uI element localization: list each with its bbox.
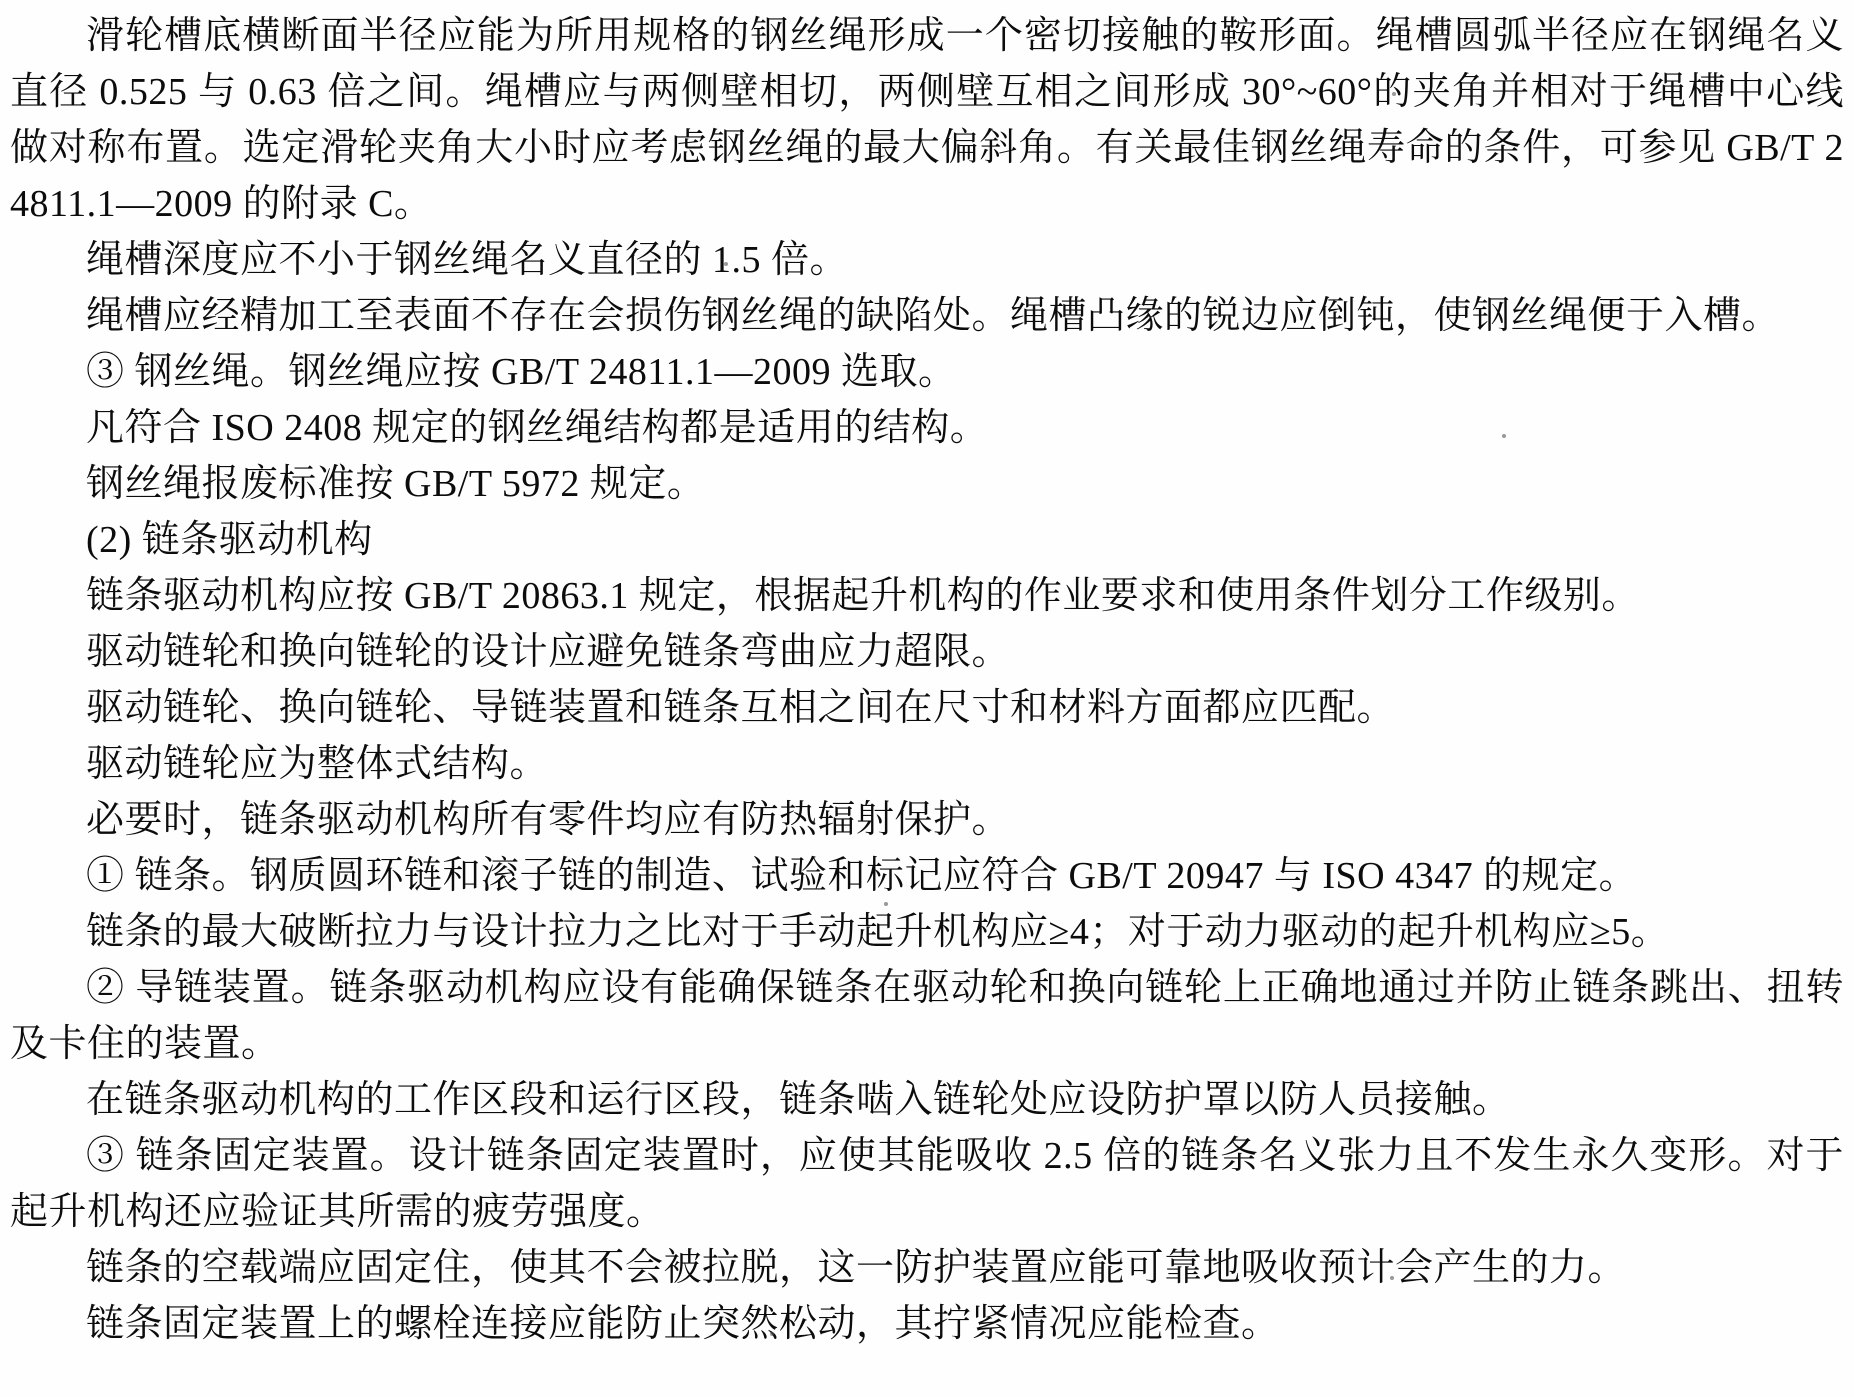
paragraph: 必要时，链条驱动机构所有零件均应有防热辐射保护。 xyxy=(10,792,1844,848)
paragraph: ③ 钢丝绳。钢丝绳应按 GB/T 24811.1—2009 选取。 xyxy=(10,344,1844,400)
paragraph: 链条驱动机构应按 GB/T 20863.1 规定，根据起升机构的作业要求和使用条… xyxy=(10,568,1844,624)
paragraph: 链条固定装置上的螺栓连接应能防止突然松动，其拧紧情况应能检查。 xyxy=(10,1296,1844,1352)
paragraph: 链条的空载端应固定住，使其不会被拉脱，这一防护装置应能可靠地吸收预计会产生的力。 xyxy=(10,1240,1844,1296)
paragraph: 在链条驱动机构的工作区段和运行区段，链条啮入链轮处应设防护罩以防人员接触。 xyxy=(10,1072,1844,1128)
scan-speck xyxy=(1390,1276,1394,1280)
paragraph: ② 导链装置。链条驱动机构应设有能确保链条在驱动轮和换向链轮上正确地通过并防止链… xyxy=(10,960,1844,1072)
document-page: 滑轮槽底横断面半径应能为所用规格的钢丝绳形成一个密切接触的鞍形面。绳槽圆弧半径应… xyxy=(0,0,1854,1397)
paragraph: 钢丝绳报废标准按 GB/T 5972 规定。 xyxy=(10,456,1844,512)
paragraph: ③ 链条固定装置。设计链条固定装置时，应使其能吸收 2.5 倍的链条名义张力且不… xyxy=(10,1128,1844,1240)
scan-speck xyxy=(1502,434,1506,438)
paragraph: 驱动链轮、换向链轮、导链装置和链条互相之间在尺寸和材料方面都应匹配。 xyxy=(10,680,1844,736)
paragraph: 滑轮槽底横断面半径应能为所用规格的钢丝绳形成一个密切接触的鞍形面。绳槽圆弧半径应… xyxy=(10,8,1844,232)
scan-speck xyxy=(884,902,888,906)
paragraph: 绳槽应经精加工至表面不存在会损伤钢丝绳的缺陷处。绳槽凸缘的锐边应倒钝，使钢丝绳便… xyxy=(10,288,1844,344)
scan-speck xyxy=(724,262,728,266)
paragraph: 链条的最大破断拉力与设计拉力之比对于手动起升机构应≥4；对于动力驱动的起升机构应… xyxy=(10,904,1844,960)
paragraph: 驱动链轮和换向链轮的设计应避免链条弯曲应力超限。 xyxy=(10,624,1844,680)
paragraph: 凡符合 ISO 2408 规定的钢丝绳结构都是适用的结构。 xyxy=(10,400,1844,456)
paragraph: ① 链条。钢质圆环链和滚子链的制造、试验和标记应符合 GB/T 20947 与 … xyxy=(10,848,1844,904)
paragraph: 绳槽深度应不小于钢丝绳名义直径的 1.5 倍。 xyxy=(10,232,1844,288)
scan-speck xyxy=(770,1332,774,1336)
paragraph: (2) 链条驱动机构 xyxy=(10,512,1844,568)
scan-speck xyxy=(1392,92,1396,96)
paragraph: 驱动链轮应为整体式结构。 xyxy=(10,736,1844,792)
